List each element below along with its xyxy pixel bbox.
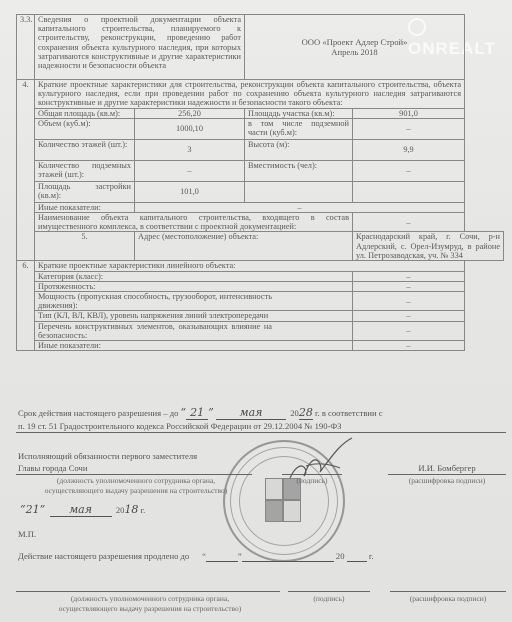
table-row: Протяженность: –	[17, 281, 504, 291]
row-number: 5.	[35, 232, 135, 261]
extension-position-caption: (должность уполномоченного сотрудника ор…	[18, 594, 282, 614]
permit-page: ONREALT 3.3. Сведения о проектной докуме…	[0, 0, 512, 622]
extension-line: Действие настоящего разрешения продлено …	[18, 551, 374, 562]
table-row: Категория (класс): –	[17, 271, 504, 281]
extension-signature-caption: (подпись)	[288, 594, 370, 604]
row-3-3: 3.3. Сведения о проектной документации о…	[17, 15, 504, 80]
name-caption: (расшифровка подписи)	[388, 476, 506, 486]
divider	[16, 432, 506, 433]
position-caption: (должность уполномоченного сотрудника ор…	[18, 476, 254, 496]
table-row: Объем (куб.м): 1000,10 в том числе подзе…	[17, 118, 504, 139]
validity-day: 21	[186, 406, 208, 420]
permit-table: 3.3. Сведения о проектной документации о…	[16, 14, 504, 351]
table-row: Мощность (пропускная способность, грузоо…	[17, 292, 504, 311]
table-row: Наименование объекта капитального строит…	[17, 213, 504, 232]
table-row: Перечень конструктивных элементов, оказы…	[17, 321, 504, 340]
extension-name-caption: (расшифровка подписи)	[390, 594, 506, 604]
row-number: 4.	[17, 80, 35, 261]
project-docs-label: Сведения о проектной документации объект…	[35, 15, 245, 80]
signatory-position-line-1: Исполняющий обязанности первого заместит…	[18, 451, 197, 461]
section-6-heading: Краткие проектные характеристики линейно…	[35, 261, 465, 271]
table-row: Общая площадь (кв.м): 256,20 Площадь уча…	[17, 108, 504, 118]
signatory-name: И.И. Бомбергер	[388, 463, 506, 473]
address-label: Адрес (местоположение) объекта:	[135, 232, 353, 261]
row-number: 3.3.	[17, 15, 35, 80]
signature-caption: (подпись)	[282, 476, 342, 486]
validity-legal-basis: п. 19 ст. 51 Градостроительного кодекса …	[18, 421, 341, 431]
project-docs-value: ООО «Проект Адлер Строй» Апрель 2018	[245, 15, 465, 80]
seal-label: М.П.	[18, 529, 36, 539]
table-row: Количество подземных этажей (шт.): – Вме…	[17, 160, 504, 181]
validity-month: мая	[216, 406, 286, 420]
table-row: Количество этажей (шт.): 3 Высота (м): 9…	[17, 139, 504, 160]
row-4-heading: 4. Краткие проектные характеристики для …	[17, 80, 504, 109]
table-row: Иные показатели: –	[17, 341, 504, 351]
row-5: 5. Адрес (местоположение) объекта: Красн…	[17, 232, 504, 261]
row-6-heading: 6. Краткие проектные характеристики лине…	[17, 261, 504, 271]
row-number: 6.	[17, 261, 35, 351]
validity-line: Срок действия настоящего разрешения – до…	[18, 406, 383, 420]
table-row: Тип (КЛ, ВЛ, КВЛ), уровень напряжения ли…	[17, 311, 504, 321]
validity-year: 28	[299, 406, 313, 420]
issue-date: “21” мая 2018 г.	[20, 503, 145, 517]
section-4-heading: Краткие проектные характеристики для стр…	[35, 80, 465, 109]
table-row: Иные показатели: –	[17, 202, 504, 212]
table-row: Площадь застройки (кв.м): 101,0	[17, 181, 504, 202]
address-value: Краснодарский край, г. Сочи, р-н Адлерск…	[353, 232, 504, 261]
signatory-position-line-2: Главы города Сочи	[18, 463, 87, 473]
